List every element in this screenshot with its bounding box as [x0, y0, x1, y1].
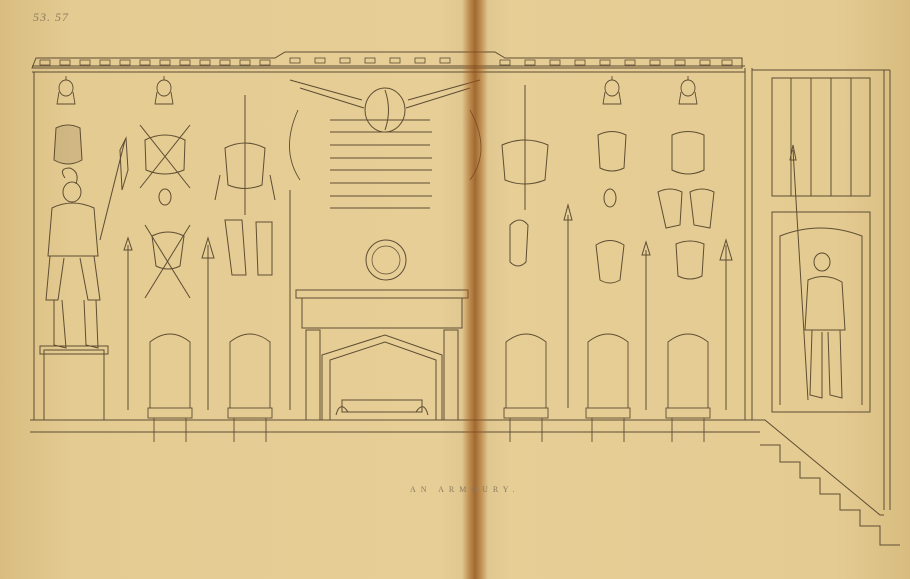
- paneled-wall: [745, 68, 890, 510]
- staircase: [745, 420, 900, 545]
- pikes: [124, 190, 732, 410]
- cornice: [32, 52, 745, 72]
- knight-left: [40, 138, 128, 420]
- firearms-rack: [289, 110, 481, 208]
- armour-pieces-right: [658, 132, 714, 280]
- trophy-right-1: [502, 85, 548, 210]
- central-trophy: [290, 80, 480, 132]
- trophy-left-2: [145, 225, 190, 298]
- plate-caption: AN ARMOURY.: [410, 485, 520, 494]
- niche-with-knight: [772, 145, 870, 412]
- engraving-plate: 53. 57 AN ARMOURY.: [0, 0, 910, 579]
- trophy-left-1: [140, 125, 190, 205]
- breastplate-mail: [54, 125, 82, 164]
- plate-number-mark: 53. 57: [33, 10, 69, 25]
- trophy-left-3: [215, 95, 275, 275]
- fireplace: [296, 290, 468, 420]
